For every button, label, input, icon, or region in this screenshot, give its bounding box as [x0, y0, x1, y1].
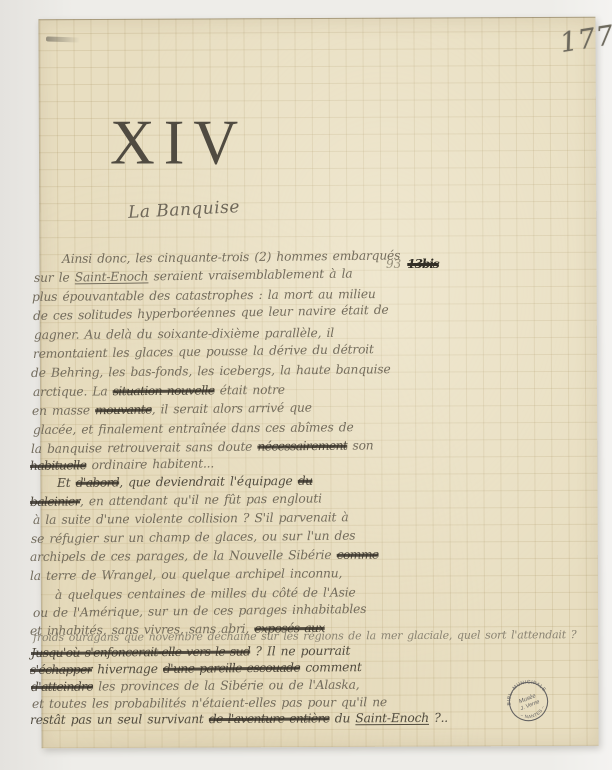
handwritten-text: archipels de ces parages, de la Nouvelle…	[30, 548, 337, 564]
manuscript-line: en masse mouvante, il serait alors arriv…	[32, 401, 312, 418]
manuscript-line: glacée, et finalement entraînée dans ces…	[33, 420, 354, 437]
struck-text: comme	[337, 548, 379, 562]
manuscript-line: baleinier, en attendant qu'il ne fût pas…	[30, 491, 322, 509]
photo-backdrop: { "page": { "number": "177", "chapter_nu…	[0, 0, 612, 770]
struck-text: situation nouvelle	[113, 383, 215, 398]
handwritten-text: froids ouragans que novembre déchaîne su…	[33, 628, 577, 644]
handwritten-text: Et	[57, 476, 76, 490]
handwritten-text: glacée, et finalement entraînée dans ces…	[33, 420, 354, 437]
manuscript-line: et toutes les probabilités n'étaient-ell…	[32, 695, 387, 711]
struck-text: Jusqu'où s'enfoncerait-elle vers le sud	[31, 644, 250, 660]
manuscript-line: plus épouvantable des catastrophes : la …	[32, 287, 376, 304]
handwritten-text: restât pas un seul survivant	[30, 712, 209, 727]
manuscript-line: gagner. Au delà du soixante-dixième para…	[34, 326, 334, 342]
manuscript-line: s'échapper hivernage d'une pareille esco…	[30, 660, 362, 677]
manuscript-line: froids ouragans que novembre déchaîne su…	[33, 628, 577, 644]
handwritten-text: hivernage	[92, 662, 163, 677]
handwritten-text: , il serait alors arrivé que	[152, 401, 312, 417]
handwritten-text: à la suite d'une violente collision ? S'…	[33, 510, 349, 527]
struck-text: d'atteindre	[31, 680, 93, 694]
handwritten-text: du	[330, 711, 356, 725]
handwritten-text: arctique. La	[33, 384, 113, 399]
struck-text: nécessairement	[257, 439, 347, 454]
manuscript-line: Ainsi donc, les cinquante-trois (2) homm…	[62, 248, 400, 266]
underlined-text: Saint-Enoch	[75, 269, 149, 284]
handwritten-text: ou de l'Amérique, sur un de ces parages …	[33, 602, 366, 620]
manuscript-line: restât pas un seul survivant de l'aventu…	[30, 711, 448, 727]
manuscript-text-layer: Ainsi donc, les cinquante-trois (2) homm…	[0, 0, 612, 770]
manuscript-line: de Behring, les bas-fonds, les icebergs,…	[31, 362, 391, 380]
handwritten-text: la terre de Wrangel, ou quelque archipel…	[30, 566, 342, 583]
handwritten-text: , que deviendrait l'équipage	[119, 474, 298, 490]
manuscript-line: à la suite d'une violente collision ? S'…	[33, 510, 349, 527]
struck-text: mouvante	[95, 403, 152, 418]
handwritten-text: ? Il ne pourrait	[250, 644, 350, 659]
underlined-text: Saint-Enoch	[355, 711, 429, 725]
manuscript-line: habituelle ordinaire habitent...	[30, 456, 214, 473]
manuscript-line: Et d'abord, que deviendrait l'équipage d…	[57, 474, 313, 490]
handwritten-text: gagner. Au delà du soixante-dixième para…	[34, 326, 334, 342]
struck-text: d'une pareille escouade	[163, 661, 300, 676]
handwritten-text: et toutes les probabilités n'étaient-ell…	[32, 695, 387, 711]
manuscript-line: à quelques centaines de milles du côté d…	[55, 585, 356, 602]
manuscript-line: arctique. La situation nouvelle était no…	[33, 383, 285, 399]
manuscript-line: la terre de Wrangel, ou quelque archipel…	[30, 566, 342, 583]
handwritten-text: ordinaire habitent...	[86, 456, 214, 472]
handwritten-text: se réfugier sur un champ de glaces, ou s…	[31, 529, 356, 546]
manuscript-line: de ces solitudes hyperboréennes que leur…	[33, 303, 389, 323]
handwritten-text: ?..	[429, 711, 448, 725]
handwritten-text: remontaient les glaces que pousse la dér…	[33, 342, 374, 361]
manuscript-line: Jusqu'où s'enfoncerait-elle vers le sud …	[31, 644, 350, 660]
manuscript-line: d'atteindre les provinces de la Sibérie …	[31, 678, 359, 694]
manuscript-line: la banquise retrouverait sans doute néce…	[31, 438, 374, 456]
handwritten-text: son	[347, 438, 373, 452]
manuscript-line: se réfugier sur un champ de glaces, ou s…	[31, 529, 356, 546]
struck-text: de l'aventure entière	[209, 711, 330, 726]
struck-text: baleinier	[30, 494, 80, 509]
handwritten-text: à quelques centaines de milles du côté d…	[55, 585, 356, 602]
handwritten-text: de Behring, les bas-fonds, les icebergs,…	[31, 362, 391, 380]
handwritten-text: la banquise retrouverait sans doute	[31, 440, 258, 456]
handwritten-text: plus épouvantable des catastrophes : la …	[32, 287, 376, 304]
handwritten-text: les provinces de la Sibérie ou de l'Alas…	[93, 678, 359, 694]
manuscript-line: archipels de ces parages, de la Nouvelle…	[30, 548, 379, 564]
handwritten-text: de ces solitudes hyperboréennes que leur…	[33, 303, 389, 323]
struck-text: d'abord	[76, 475, 120, 489]
struck-text: du	[298, 474, 313, 488]
handwritten-text: Ainsi donc, les cinquante-trois (2) homm…	[62, 248, 400, 266]
manuscript-line: sur le Saint-Enoch seraient vraisemblabl…	[34, 267, 353, 285]
handwritten-text: comment	[300, 660, 362, 675]
struck-text: s'échapper	[30, 662, 92, 677]
handwritten-text: sur le	[34, 270, 75, 285]
manuscript-line: remontaient les glaces que pousse la dér…	[33, 342, 374, 361]
handwritten-text: était notre	[214, 383, 284, 398]
handwritten-text: en masse	[32, 403, 95, 418]
struck-text: habituelle	[30, 458, 87, 473]
handwritten-text: , en attendant qu'il ne fût pas englouti	[80, 491, 322, 508]
manuscript-line: ou de l'Amérique, sur un de ces parages …	[33, 602, 366, 620]
handwritten-text: seraient vraisemblablement à la	[148, 267, 352, 284]
